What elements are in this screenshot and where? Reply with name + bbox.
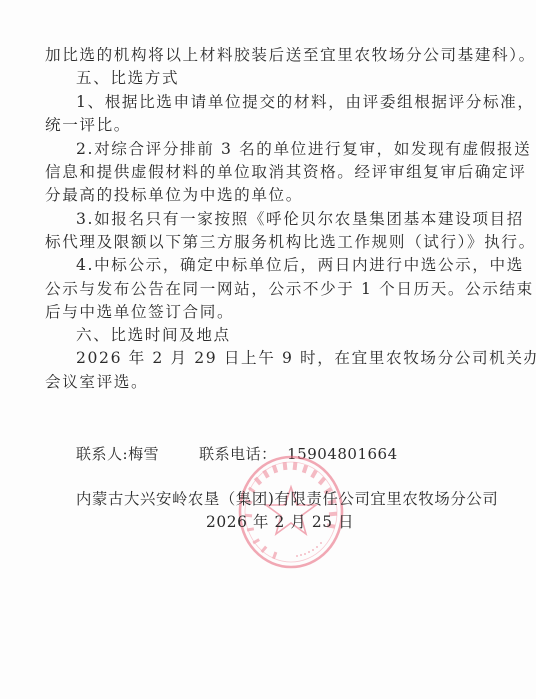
contact-info: 联系人:梅雪联系电话： 15904801664: [76, 444, 398, 464]
body-line-1: 加比选的机构将以上材料胶装后送至宜里农牧场分公司基建科）。: [45, 45, 536, 65]
issue-date: 2026 年 2 月 25 日: [206, 512, 354, 532]
contact-person-name: 梅雪: [128, 445, 159, 463]
body-line-6: 信息和提供虚假材料的单位取消其资格。经评审组复审后确定评: [45, 162, 526, 182]
body-line-4: 统一评比。: [45, 115, 131, 135]
contact-phone-label: 联系电话：: [199, 445, 277, 463]
body-line-10: 4.中标公示，确定中标单位后，两日内进行中选公示，中选: [76, 255, 524, 275]
body-line-15: 会议室评选。: [45, 372, 148, 392]
body-line-12: 后与中选单位签订合同。: [45, 302, 234, 322]
body-line-14: 2026 年 2 月 29 日上午 9 时，在宜里农牧场分公司机关办公楼: [76, 348, 536, 368]
section-heading-six: 六、比选时间及地点: [76, 325, 231, 345]
body-line-3: 1、根据比选申请单位提交的材料，由评委组根据评分标准，: [76, 92, 535, 112]
document-page: 加比选的机构将以上材料胶装后送至宜里农牧场分公司基建科）。 五、比选方式 1、根…: [0, 0, 536, 699]
contact-person-label: 联系人:: [76, 445, 128, 463]
contact-phone-number: 15904801664: [287, 445, 397, 463]
issuing-company: 内蒙古大兴安岭农垦（集团)有限责任公司宜里农牧场分公司: [76, 489, 498, 509]
body-line-8: 3.如报名只有一家按照《呼伦贝尔农垦集团基本建设项目招: [76, 209, 524, 229]
body-line-5: 2.对综合评分排前 3 名的单位进行复审，如发现有虚假报送: [76, 139, 531, 159]
body-line-11: 公示与发布公告在同一网站，公示不少于 1 个日历天。公示结束: [45, 279, 534, 299]
body-line-9: 标代理及限额以下第三方服务机构比选工作规则（试行）》执行。: [45, 232, 536, 252]
section-heading-five: 五、比选方式: [76, 68, 179, 88]
body-line-7: 分最高的投标单位为中选的单位。: [45, 185, 303, 205]
